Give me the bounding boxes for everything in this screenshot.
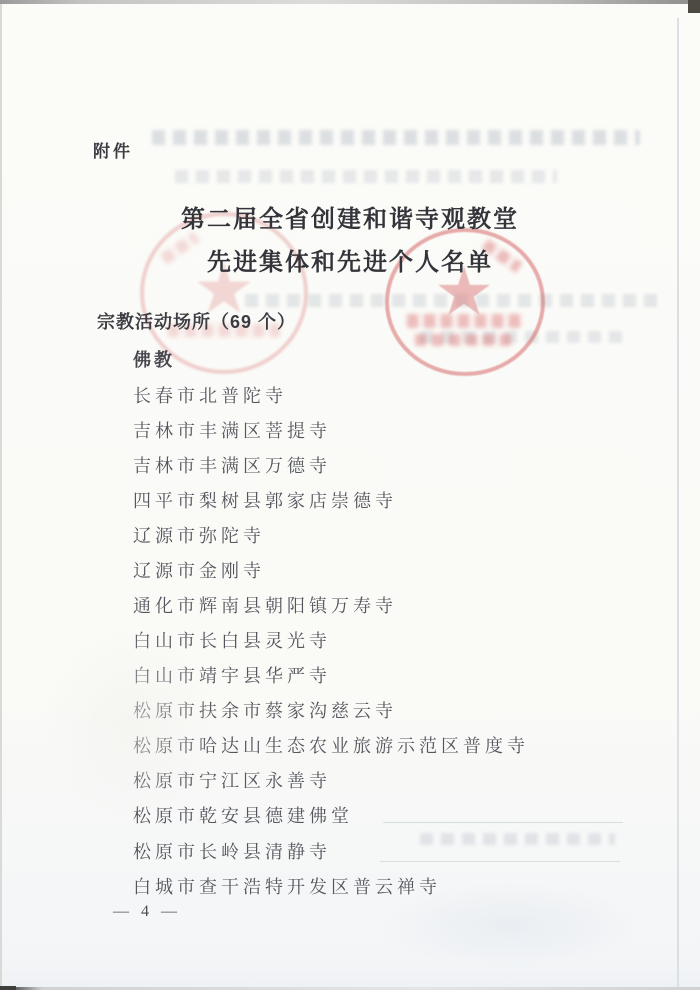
scan-top-edge: [0, 0, 700, 4]
list-item: 松原市长岭县清静寺: [133, 838, 331, 864]
scan-left-edge: [0, 4, 2, 990]
list-item: 辽源市弥陀寺: [133, 522, 265, 548]
section-header-religious-venues: 宗教活动场所（69 个）: [97, 308, 296, 334]
document-title-line2: 先进集体和先进个人名单: [0, 242, 700, 277]
page-number: — 4 —: [113, 903, 181, 921]
list-item: 四平市梨树县郭家店崇德寺: [133, 487, 397, 513]
list-item: 松原市乾安县德建佛堂: [133, 802, 353, 828]
scan-top-right-corner: [688, 0, 700, 13]
list-item: 长春市北普陀寺: [133, 382, 287, 408]
seal-text-smudge: [415, 334, 513, 346]
bleed-through-text-row: [175, 170, 557, 183]
document-title-line1: 第二届全省创建和谐寺观教堂: [0, 199, 700, 234]
scan-bottom-left-mark: [0, 986, 16, 990]
list-item: 松原市扶余市蔡家沟慈云寺: [133, 697, 397, 723]
subsection-header-buddhism: 佛教: [133, 346, 175, 372]
bleed-through-text-row: [152, 130, 640, 145]
bleed-through-text-row: [420, 833, 615, 845]
list-item: 通化市辉南县朝阳镇万寿寺: [133, 592, 397, 618]
list-item: 松原市宁江区永善寺: [133, 767, 331, 793]
list-item: 吉林市丰满区万德寺: [133, 452, 331, 478]
page-right-fold-line: [677, 18, 679, 990]
list-item: 白山市长白县灵光寺: [133, 627, 331, 653]
seal-text-smudge: [407, 314, 523, 328]
list-item: 白山市靖宇县华严寺: [133, 662, 331, 688]
attachment-label: 附件: [93, 137, 133, 162]
list-item: 辽源市金刚寺: [133, 557, 265, 583]
list-item: 白城市查干浩特开发区普云禅寺: [133, 873, 441, 899]
bleed-through-line: [380, 861, 620, 862]
list-item: 吉林市丰满区菩提寺: [133, 417, 331, 443]
bleed-through-line: [383, 822, 623, 823]
list-item: 松原市哈达山生态农业旅游示范区普度寺: [133, 732, 529, 758]
scanned-page: 附件 第二届全省创建和谐寺观教堂 先进集体和先进个人名单 宗教活动场所（69 个…: [0, 0, 700, 990]
